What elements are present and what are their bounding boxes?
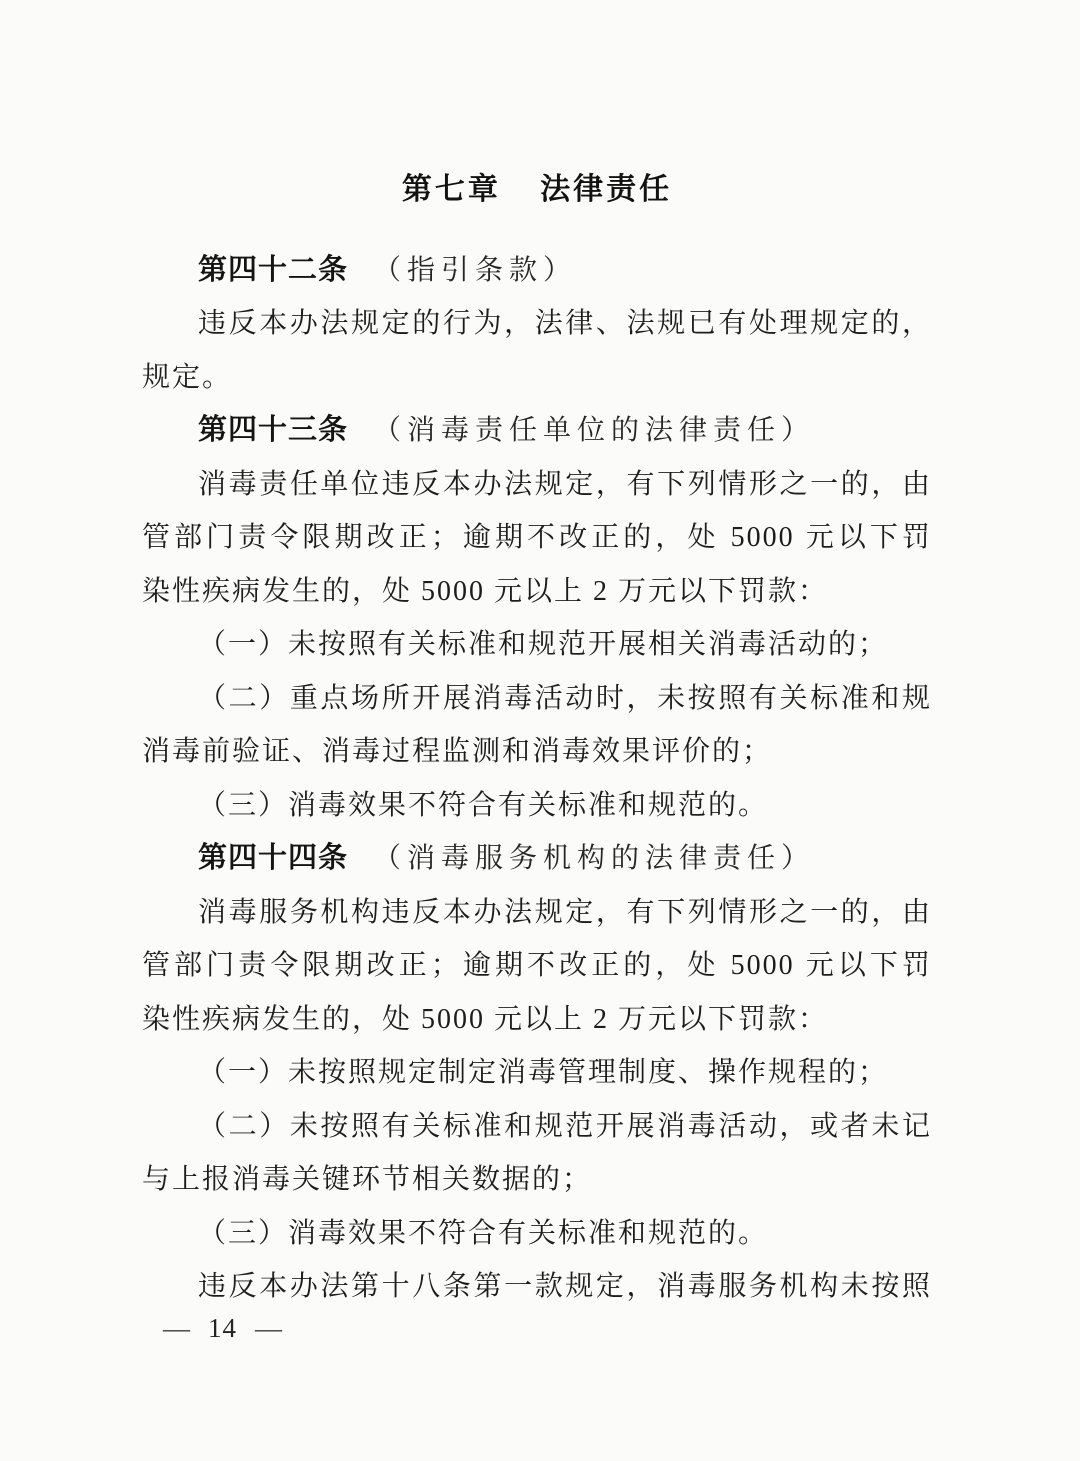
- article-42-paragraph-line: 违反本办法规定的行为，法律、法规已有处理规定的，从其: [142, 297, 932, 351]
- article-44-title: （消毒服务机构的法律责任）: [373, 843, 815, 874]
- chapter-number: 第七章: [402, 173, 501, 206]
- article-43-title: （消毒责任单位的法律责任）: [373, 415, 815, 446]
- article-44-item-3: （三）消毒效果不符合有关标准和规范的。: [142, 1207, 932, 1261]
- closing-paragraph-line: 违反本办法第十八条第一款规定，消毒服务机构未按照要求: [142, 1260, 932, 1314]
- article-44-paragraph-line: 管部门责令限期改正；逾期不改正的，处 5000 元以下罚款；造成感: [142, 939, 932, 993]
- article-42-title: （指引条款）: [373, 255, 577, 286]
- footer-dash-left: —: [163, 1313, 190, 1344]
- article-44-paragraph-line: 消毒服务机构违反本办法规定，有下列情形之一的，由疾控主: [142, 886, 932, 940]
- article-43-paragraph-line: 管部门责令限期改正；逾期不改正的，处 5000 元以下罚款；造成感: [142, 511, 932, 565]
- article-44-item-1: （一）未按照规定制定消毒管理制度、操作规程的；: [142, 1046, 932, 1100]
- article-43-item-2-line: 消毒前验证、消毒过程监测和消毒效果评价的；: [142, 725, 932, 779]
- article-43-paragraph-line: 染性疾病发生的，处 5000 元以上 2 万元以下罚款：: [142, 565, 932, 619]
- page-footer: — 14 —: [163, 1308, 282, 1348]
- chapter-heading: 第七章 法律责任: [142, 163, 932, 217]
- article-44-paragraph-line: 染性疾病发生的，处 5000 元以上 2 万元以下罚款：: [142, 993, 932, 1047]
- article-44-item-2-line: 与上报消毒关键环节相关数据的；: [142, 1153, 932, 1207]
- article-42-paragraph-line: 规定。: [142, 351, 932, 405]
- article-44-heading: 第四十四条 （消毒服务机构的法律责任）: [142, 832, 932, 886]
- article-43-item-2-line: （二）重点场所开展消毒活动时，未按照有关标准和规范进行: [142, 672, 932, 726]
- chapter-title: 法律责任: [540, 173, 672, 206]
- document-body: 第七章 法律责任 第四十二条 （指引条款） 违反本办法规定的行为，法律、法规已有…: [142, 163, 932, 1314]
- article-43-paragraph-line: 消毒责任单位违反本办法规定，有下列情形之一的，由疾控主: [142, 458, 932, 512]
- article-43-heading: 第四十三条 （消毒责任单位的法律责任）: [142, 404, 932, 458]
- article-43-item-1: （一）未按照有关标准和规范开展相关消毒活动的；: [142, 618, 932, 672]
- article-44-item-2-line: （二）未按照有关标准和规范开展消毒活动，或者未记录、保存: [142, 1100, 932, 1154]
- footer-dash-right: —: [255, 1313, 282, 1344]
- article-42-number: 第四十二条: [198, 254, 348, 286]
- article-43-number: 第四十三条: [198, 414, 348, 446]
- article-42-heading: 第四十二条 （指引条款）: [142, 244, 932, 298]
- article-43-item-3: （三）消毒效果不符合有关标准和规范的。: [142, 779, 932, 833]
- document-page: 第七章 法律责任 第四十二条 （指引条款） 违反本办法规定的行为，法律、法规已有…: [0, 0, 1080, 1461]
- page-number: 14: [208, 1313, 237, 1344]
- article-44-number: 第四十四条: [198, 842, 348, 874]
